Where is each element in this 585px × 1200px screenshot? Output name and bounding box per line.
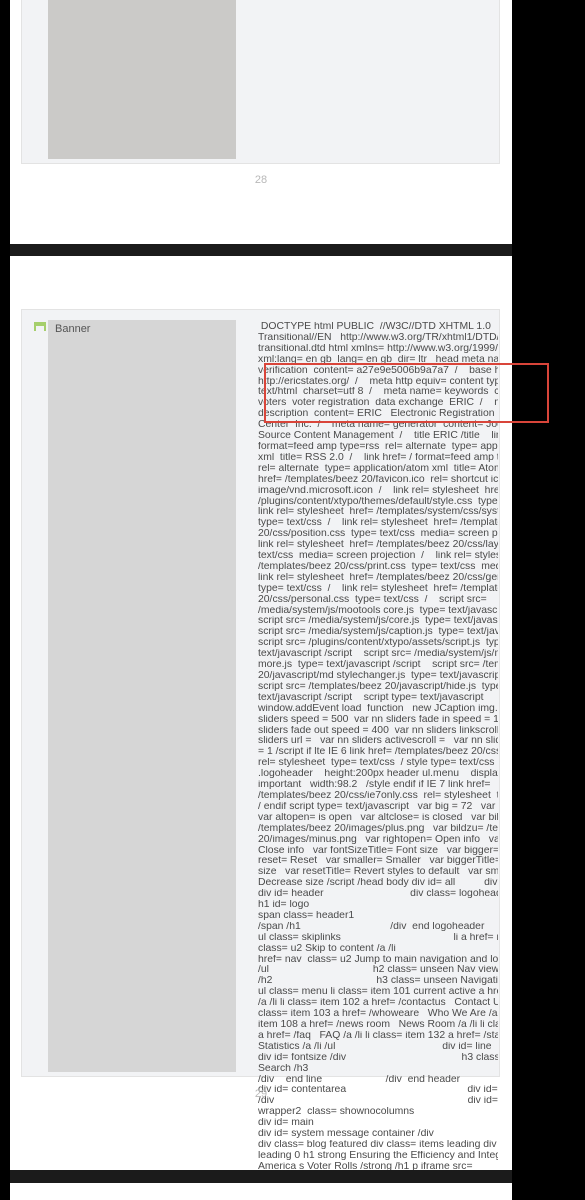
code-line: more.js type= text/javascript /script sc…	[258, 660, 498, 671]
code-line: item 108 a href= /news room News Room /a…	[258, 1020, 498, 1031]
code-line: div id= system message container /div	[258, 1129, 498, 1140]
code-line: /span /h1 /div end logoheader	[258, 922, 498, 933]
code-line: reset= Reset var smaller= Smaller var bi…	[258, 856, 498, 867]
code-line: /div end line /div end header	[258, 1075, 498, 1086]
code-line: /a /li li class= item 102 a href= /conta…	[258, 998, 498, 1009]
code-line: h1 id= logo	[258, 900, 498, 911]
page-separator	[10, 244, 512, 256]
code-line: format=feed amp type=rss rel= alternate …	[258, 442, 498, 453]
html-source-text: DOCTYPE html PUBLIC //W3C//DTD XHTML 1.0…	[258, 322, 498, 1173]
code-line: script src= /templates/beez 20/javascrip…	[258, 682, 498, 693]
page-number: 29	[10, 1088, 512, 1100]
code-line: Transitional//EN http://www.w3.org/TR/xh…	[258, 333, 498, 344]
code-line: /ul h2 class= unseen Nav view search	[258, 965, 498, 976]
code-line: /templates/beez 20/css/print.css type= t…	[258, 562, 498, 573]
code-line: Statistics /a /li /ul div id= line	[258, 1042, 498, 1053]
code-line: div id= header div class= logoheader	[258, 889, 498, 900]
code-line: /plugins/content/xtypo/themes/default/st…	[258, 497, 498, 508]
code-line: = 1 /script if lte IE 6 link href= /temp…	[258, 747, 498, 758]
code-line: rel= alternate type= application/atom xm…	[258, 464, 498, 475]
code-line: important width:98.2 /style endif if IE …	[258, 780, 498, 791]
banner-row-table: Banner DOCTYPE html PUBLIC //W3C//DTD XH…	[21, 309, 500, 1077]
code-line: link rel= stylesheet href= /templates/be…	[258, 573, 498, 584]
code-line: DOCTYPE html PUBLIC //W3C//DTD XHTML 1.0	[258, 322, 498, 333]
code-line: sliders speed = 500 var nn sliders fade …	[258, 715, 498, 726]
pdf-page-28: 28	[10, 0, 512, 244]
code-line: rel= stylesheet type= text/css / style t…	[258, 758, 498, 769]
code-line: div class= blog featured div class= item…	[258, 1140, 498, 1151]
code-line: href= /templates/beez 20/favicon.ico rel…	[258, 475, 498, 486]
code-line: type= text/css / link rel= stylesheet hr…	[258, 584, 498, 595]
code-line: var altopen= is open var altclose= is cl…	[258, 813, 498, 824]
code-line: size var resetTitle= Revert styles to de…	[258, 867, 498, 878]
page-separator	[10, 1170, 512, 1183]
code-line: 20/css/personal.css type= text/css / scr…	[258, 595, 498, 606]
code-line: image/vnd.microsoft.icon / link rel= sty…	[258, 486, 498, 497]
code-line: xml title= RSS 2.0 / link href= / format…	[258, 453, 498, 464]
code-line: verification content= a27e9e5006b9a7a7 /…	[258, 366, 498, 377]
code-line: wrapper2 class= shownocolumns	[258, 1107, 498, 1118]
code-line: type= text/css / link rel= stylesheet hr…	[258, 518, 498, 529]
code-line: div id= main	[258, 1118, 498, 1129]
code-line: text/css media= screen projection / link…	[258, 551, 498, 562]
code-line: / endif script type= text/javascript var…	[258, 802, 498, 813]
code-line: 20/images/minus.png var rightopen= Open …	[258, 835, 498, 846]
code-line: 20/javascript/md stylechanger.js type= t…	[258, 671, 498, 682]
code-line: /templates/beez 20/images/plus.png var b…	[258, 824, 498, 835]
code-line: Source Content Management / title ERIC /…	[258, 431, 498, 442]
code-line: div id= fontsize /div h3 class= unseen	[258, 1053, 498, 1064]
code-line: xml:lang= en gb lang= en gb dir= ltr hea…	[258, 355, 498, 366]
code-line: span class= header1	[258, 911, 498, 922]
code-line: http://ericstates.org/ / meta http equiv…	[258, 377, 498, 388]
code-line: href= nav class= u2 Jump to main navigat…	[258, 955, 498, 966]
code-line: script src= /media/system/js/core.js typ…	[258, 616, 498, 627]
code-line: script src= /plugins/content/xtypo/asset…	[258, 638, 498, 649]
gray-label-cell	[48, 0, 236, 159]
code-line: leading 0 h1 strong Ensuring the Efficie…	[258, 1151, 498, 1162]
code-line: text/javascript /script script src= /med…	[258, 649, 498, 660]
code-line: window.addEvent load function new JCapti…	[258, 704, 498, 715]
code-line: /h2 h3 class= unseen Navigation /h3	[258, 976, 498, 987]
code-line: Center Inc. / meta name= generator conte…	[258, 420, 498, 431]
code-line: Decrease size /script /head body div id=…	[258, 878, 498, 889]
code-line: class= item 103 a href= /whoweare Who We…	[258, 1009, 498, 1020]
code-line: Close info var fontSizeTitle= Font size …	[258, 846, 498, 857]
code-line: description content= ERIC Electronic Reg…	[258, 409, 498, 420]
code-line: sliders url = var nn sliders activescrol…	[258, 736, 498, 747]
code-line: voters voter registration data exchange …	[258, 398, 498, 409]
flag-icon	[34, 322, 46, 331]
code-line: link rel= stylesheet href= /templates/be…	[258, 540, 498, 551]
code-line: .logoheader height:200px header ul.menu …	[258, 769, 498, 780]
page-number: 28	[10, 174, 512, 186]
gray-label-cell	[48, 320, 236, 1072]
table-continuation	[21, 0, 500, 164]
code-line: link rel= stylesheet href= /templates/sy…	[258, 507, 498, 518]
code-line: Search /h3	[258, 1064, 498, 1075]
row-label: Banner	[55, 323, 90, 335]
code-line: /media/system/js/mootools core.js type= …	[258, 606, 498, 617]
pdf-page-29: Banner DOCTYPE html PUBLIC //W3C//DTD XH…	[10, 256, 512, 1170]
code-line: text/html charset=utf 8 / meta name= key…	[258, 387, 498, 398]
code-line: sliders fade out speed = 400 var nn slid…	[258, 726, 498, 737]
code-line: class= u2 Skip to content /a /li li a	[258, 944, 498, 955]
pdf-page-30	[10, 1183, 512, 1200]
code-line: ul class= skiplinks li a href= main	[258, 933, 498, 944]
code-line: ul class= menu li class= item 101 curren…	[258, 987, 498, 998]
code-line: /templates/beez 20/css/ie7only.css rel= …	[258, 791, 498, 802]
code-line: a href= /faq FAQ /a /li li class= item 1…	[258, 1031, 498, 1042]
code-line: text/javascript /script script type= tex…	[258, 693, 498, 704]
code-line: 20/css/position.css type= text/css media…	[258, 529, 498, 540]
code-line: script src= /media/system/js/caption.js …	[258, 627, 498, 638]
code-line: transitional.dtd html xmlns= http://www.…	[258, 344, 498, 355]
